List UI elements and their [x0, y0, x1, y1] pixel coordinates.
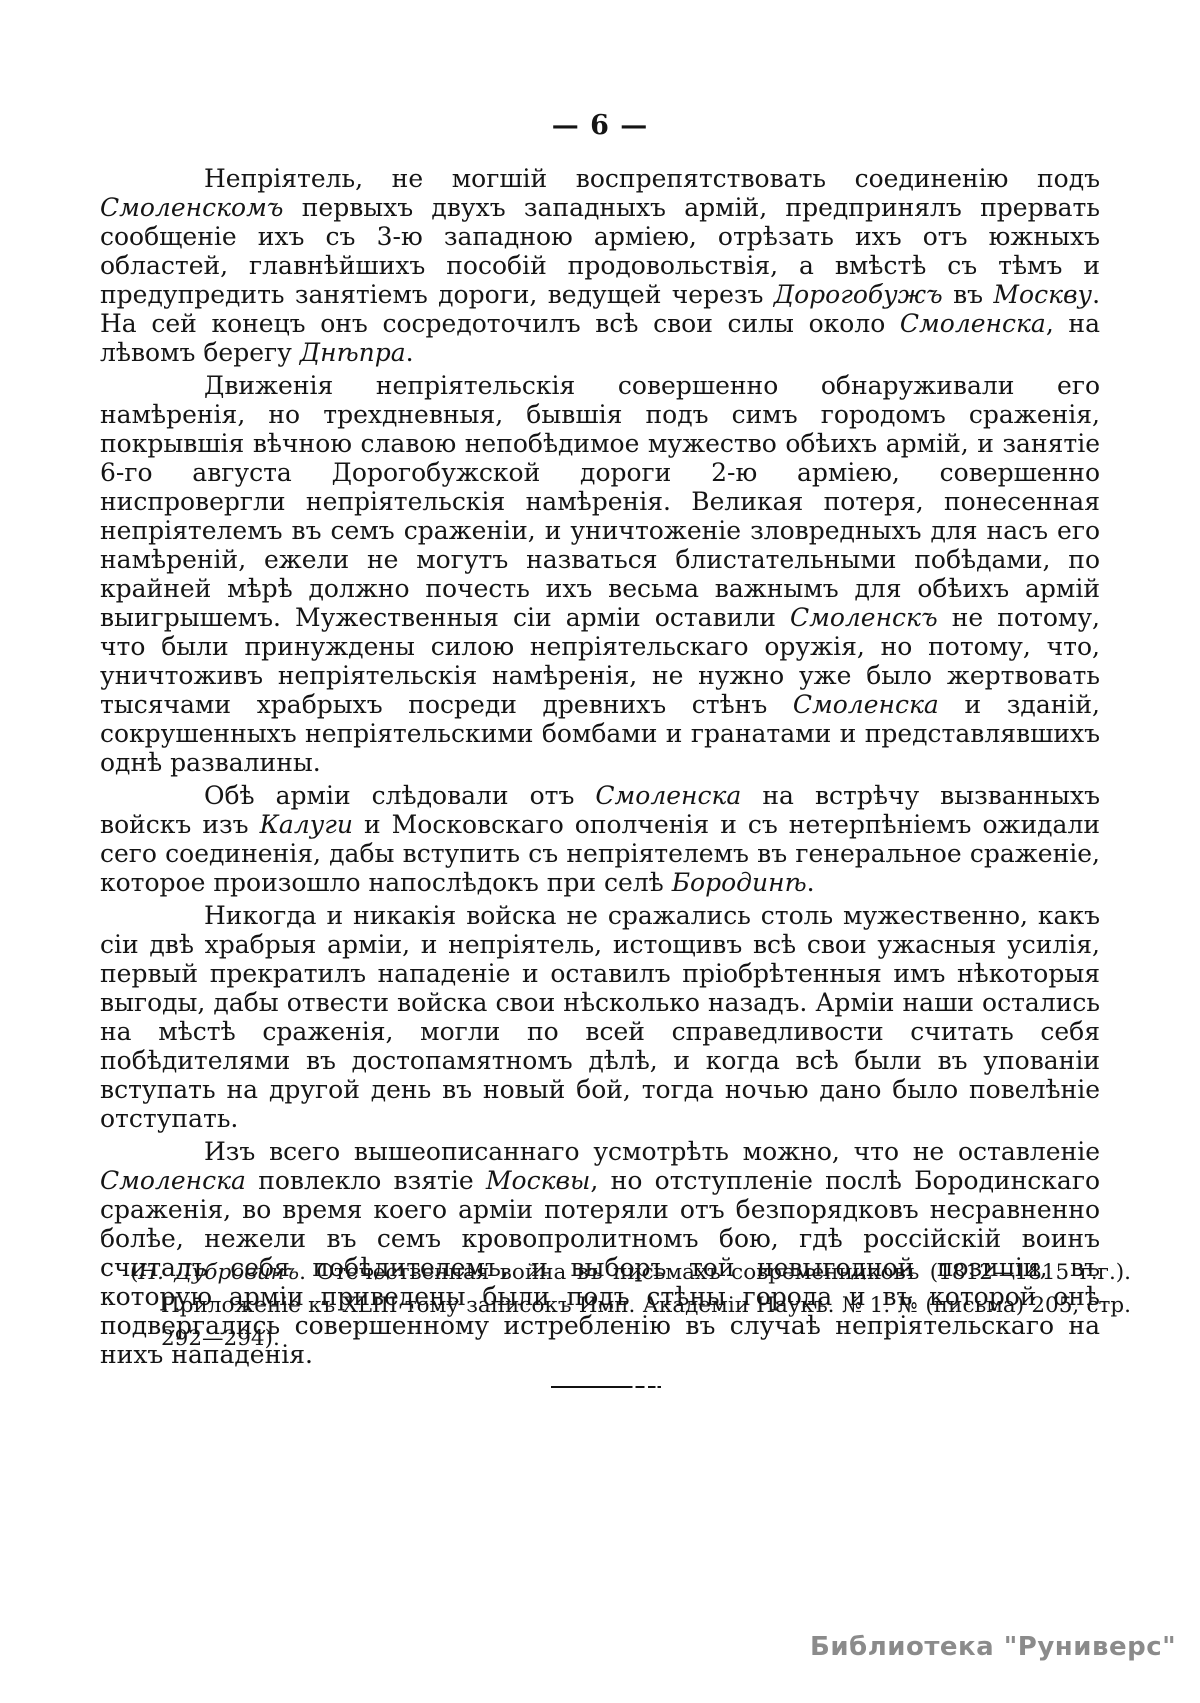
- text-run: Движенія непріятельскія совершенно обнар…: [100, 371, 1100, 632]
- text-run: повлекло взятіе: [246, 1166, 486, 1195]
- library-watermark: Библиотека "Руниверс": [810, 1632, 1176, 1662]
- italic-text-run: Смоленска: [900, 309, 1046, 338]
- footnote-citation: (Н. Дубровинъ. Отечественная война въ пи…: [130, 1256, 1131, 1355]
- text-run: Изъ всего вышеописаннаго усмотрѣть можно…: [204, 1137, 1100, 1166]
- italic-text-run: Смоленскомъ: [100, 193, 283, 222]
- italic-text-run: Смоленскъ: [790, 603, 938, 632]
- italic-text-run: Днѣпра: [300, 338, 406, 367]
- text-run: .: [807, 868, 815, 897]
- text-run: .: [406, 338, 414, 367]
- paragraph: Движенія непріятельскія совершенно обнар…: [100, 371, 1100, 777]
- paragraph: Обѣ арміи слѣдовали отъ Смоленска на вст…: [100, 781, 1100, 897]
- italic-text-run: Дорогобужъ: [774, 280, 943, 309]
- italic-text-run: Смоленска: [793, 690, 939, 719]
- text-run: . Отечественная война въ письмахъ соврем…: [161, 1260, 1131, 1351]
- italic-text-run: Смоленска: [100, 1166, 246, 1195]
- italic-text-run: Н. Дубровинъ: [138, 1260, 299, 1285]
- italic-text-run: Калуги: [260, 810, 353, 839]
- page-number: — 6 —: [0, 110, 1200, 141]
- scanned-book-page: — 6 — Непріятель, не могшій воспрепятств…: [0, 0, 1200, 1703]
- italic-text-run: Москву: [993, 280, 1092, 309]
- italic-text-run: Москвы: [486, 1166, 591, 1195]
- paragraph: Непріятель, не могшій воспрепятствовать …: [100, 164, 1100, 367]
- paragraph: Никогда и никакія войска не сражались ст…: [100, 901, 1100, 1133]
- text-run: Непріятель, не могшій воспрепятствовать …: [204, 164, 1100, 193]
- italic-text-run: Смоленска: [595, 781, 741, 810]
- text-run: въ: [943, 280, 994, 309]
- text-run: Никогда и никакія войска не сражались ст…: [100, 901, 1100, 1133]
- body-text: Непріятель, не могшій воспрепятствовать …: [100, 164, 1100, 1369]
- text-run: Обѣ арміи слѣдовали отъ: [204, 781, 595, 810]
- italic-text-run: Бородинѣ: [672, 868, 807, 897]
- section-divider-rule: [551, 1386, 661, 1388]
